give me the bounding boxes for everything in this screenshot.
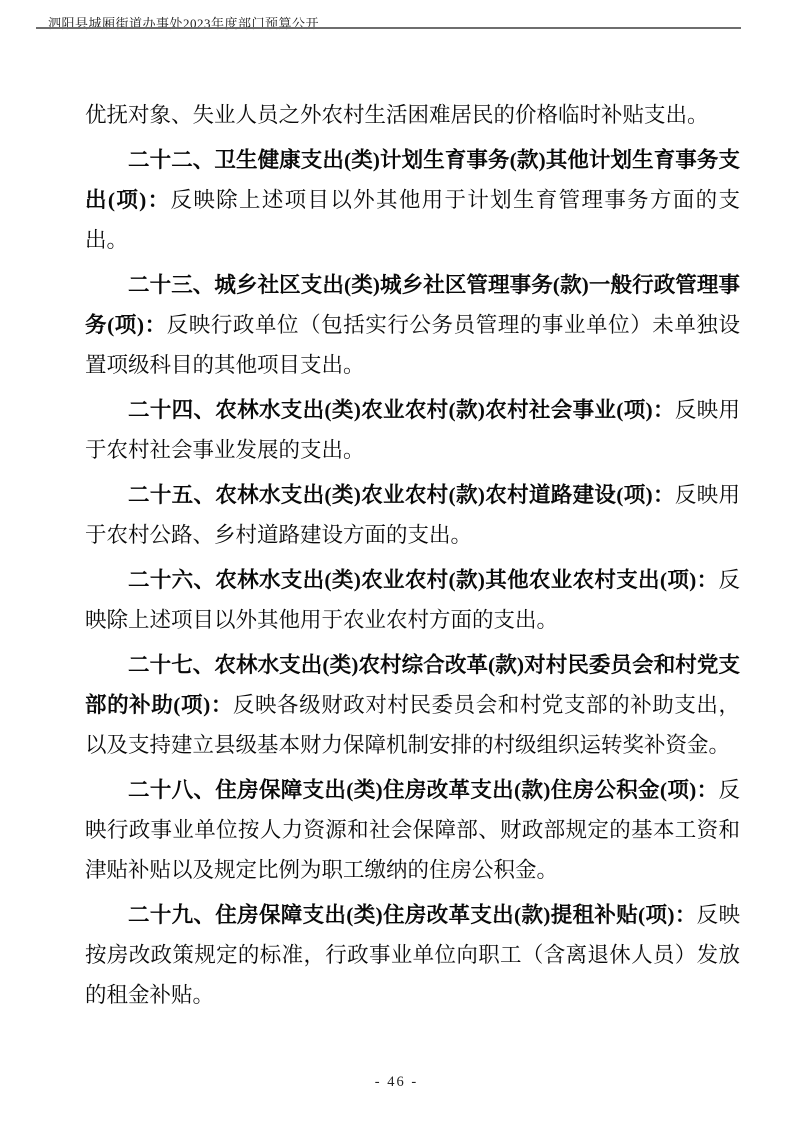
paragraph-text: 优抚对象、失业人员之外农村生活困难居民的价格临时补贴支出。 (85, 103, 709, 127)
body-paragraph-item-22: 二十二、卫生健康支出(类)计划生育事务(款)其他计划生育事务支出(项)：反映除上… (85, 140, 740, 260)
body-paragraph-item-24: 二十四、农林水支出(类)农业农村(款)农村社会事业(项)：反映用于农村社会事业发… (85, 390, 740, 470)
document-body: 优抚对象、失业人员之外农村生活困难居民的价格临时补贴支出。 二十二、卫生健康支出… (85, 95, 740, 1020)
paragraph-lead: 二十六、农林水支出(类)农业农村(款)其他农业农村支出(项)： (128, 568, 718, 592)
page-header-title: 泗阳县城厢街道办事处2023年度部门预算公开 (48, 13, 741, 32)
paragraph-lead: 二十九、住房保障支出(类)住房改革支出(款)提租补贴(项)： (128, 903, 697, 927)
body-paragraph-item-23: 二十三、城乡社区支出(类)城乡社区管理事务(款)一般行政管理事务(项)：反映行政… (85, 265, 740, 385)
body-paragraph-item-26: 二十六、农林水支出(类)农业农村(款)其他农业农村支出(项)：反映除上述项目以外… (85, 560, 740, 640)
header-rule (36, 27, 741, 29)
body-paragraph-item-29: 二十九、住房保障支出(类)住房改革支出(款)提租补贴(项)：反映按房改政策规定的… (85, 895, 740, 1015)
document-page: 泗阳县城厢街道办事处2023年度部门预算公开 优抚对象、失业人员之外农村生活困难… (0, 0, 793, 1122)
paragraph-text: 反映行政单位（包括实行公务员管理的事业单位）未单独设置项级科目的其他项目支出。 (85, 313, 740, 377)
paragraph-lead: 二十四、农林水支出(类)农业农村(款)农村社会事业(项)： (128, 398, 675, 422)
paragraph-text: 反映除上述项目以外其他用于计划生育管理事务方面的支出。 (85, 188, 740, 252)
page-number: - 46 - (375, 1074, 418, 1090)
paragraph-lead: 二十五、农林水支出(类)农业农村(款)农村道路建设(项)： (128, 483, 675, 507)
body-paragraph-item-28: 二十八、住房保障支出(类)住房改革支出(款)住房公积金(项)：反映行政事业单位按… (85, 770, 740, 890)
body-paragraph-item-27: 二十七、农林水支出(类)农村综合改革(款)对村民委员会和村党支部的补助(项)：反… (85, 645, 740, 765)
paragraph-lead: 二十八、住房保障支出(类)住房改革支出(款)住房公积金(项)： (128, 778, 718, 802)
body-paragraph-item-25: 二十五、农林水支出(类)农业农村(款)农村道路建设(项)：反映用于农村公路、乡村… (85, 475, 740, 555)
page-footer: - 46 - (0, 1074, 793, 1091)
body-paragraph-continuation: 优抚对象、失业人员之外农村生活困难居民的价格临时补贴支出。 (85, 95, 740, 135)
